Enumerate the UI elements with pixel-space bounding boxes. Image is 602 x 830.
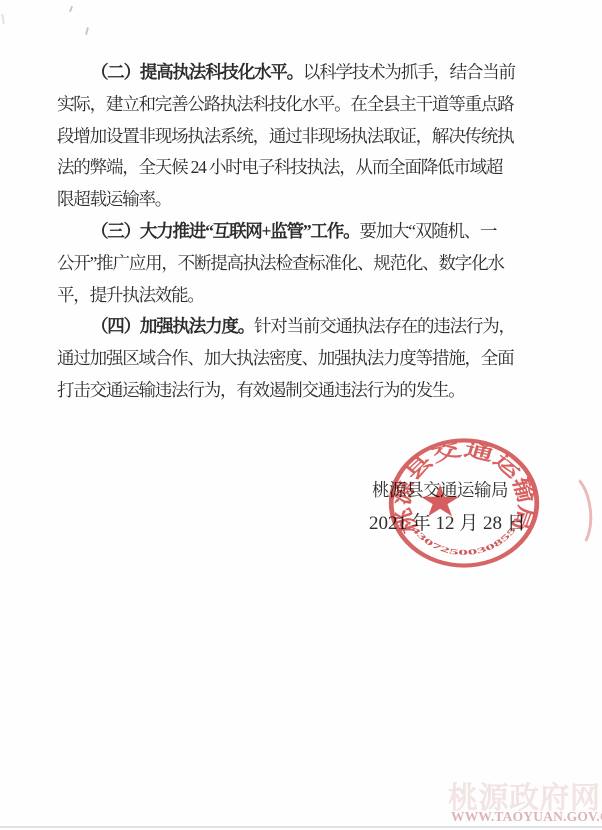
paragraph-heading: （三）大力推进“互联网+监管”工作。	[91, 221, 359, 241]
page-bottom-edge	[0, 826, 602, 828]
body-line: 段增加设置非现场执法系统，通过非现场执法取证，解决传统执	[57, 121, 470, 153]
seal-ghost-fragment	[544, 470, 596, 554]
body-text: 法的弊端，全天候 24 小时电子科技执法，从而全面降低市域超	[57, 157, 502, 177]
body-line: 公开”推广应用，不断提高执法检查标准化、规范化、数字化水	[57, 248, 470, 280]
seal-arc-text: 桃源县交通运输局	[388, 437, 541, 536]
body-line: （四）加强执法力度。针对当前交通执法存在的违法行为，	[57, 311, 470, 343]
body-text: 平，提升执法效能。	[57, 285, 204, 305]
document-body: （二）提高执法科技化水平。以科学技术为抓手，结合当前 实际，建立和完善公路执法科…	[57, 57, 470, 407]
paragraph-heading: （二）提高执法科技化水平。	[91, 62, 303, 82]
body-text: 要加大“双随机、一	[359, 221, 496, 241]
body-line: 通过加强区域合作、加大执法密度、加强执法力度等措施，全面	[57, 343, 470, 375]
body-line: 打击交通运输违法行为，有效遏制交通违法行为的发生。	[57, 375, 470, 407]
scan-artifact	[1, 14, 4, 24]
body-text: 打击交通运输违法行为，有效遏制交通违法行为的发生。	[57, 380, 465, 400]
body-line: 限超载运输率。	[57, 184, 470, 216]
seal-serial-number: 4307250030855	[409, 525, 518, 557]
scan-artifact	[69, 6, 73, 12]
scan-artifact	[85, 27, 89, 35]
body-line: 法的弊端，全天候 24 小时电子科技执法，从而全面降低市域超	[57, 152, 470, 184]
document-page: （二）提高执法科技化水平。以科学技术为抓手，结合当前 实际，建立和完善公路执法科…	[0, 0, 602, 830]
body-text: 实际，建立和完善公路执法科技化水平。在全县主干道等重点路	[57, 94, 513, 114]
body-line: （二）提高执法科技化水平。以科学技术为抓手，结合当前	[57, 57, 470, 89]
watermark-site-url: WWW.TAOYUAN.GOV.CN	[451, 809, 602, 825]
seal-star-icon	[421, 485, 460, 517]
body-text: 段增加设置非现场执法系统，通过非现场执法取证，解决传统执	[57, 126, 513, 146]
body-text: 公开”推广应用，不断提高执法检查标准化、规范化、数字化水	[57, 253, 504, 273]
paragraph-heading: （四）加强执法力度。	[91, 316, 254, 336]
body-text: 以科学技术为抓手，结合当前	[303, 62, 515, 82]
body-text: 针对当前交通执法存在的违法行为，	[254, 316, 515, 336]
body-line: 平，提升执法效能。	[57, 280, 470, 312]
body-text: 限超载运输率。	[57, 189, 171, 209]
body-text: 通过加强区域合作、加大执法密度、加强执法力度等措施，全面	[57, 348, 513, 368]
body-line: 实际，建立和完善公路执法科技化水平。在全县主干道等重点路	[57, 89, 470, 121]
official-seal: 桃源县交通运输局 4307250030855	[386, 436, 542, 570]
body-line: （三）大力推进“互联网+监管”工作。要加大“双随机、一	[57, 216, 470, 248]
